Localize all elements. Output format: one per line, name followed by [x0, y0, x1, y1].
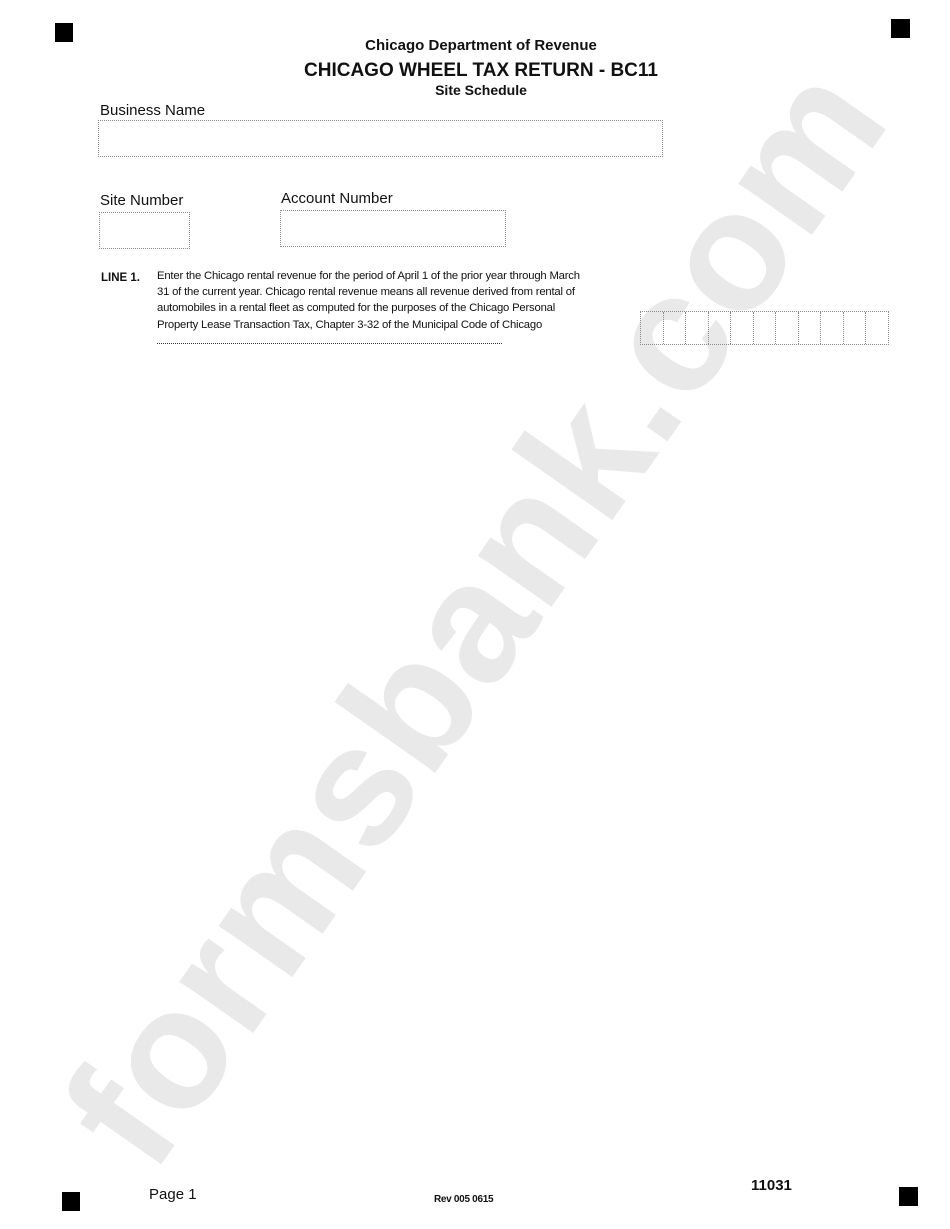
amount-digit-cell[interactable]: [641, 312, 664, 344]
account-number-input[interactable]: [281, 211, 505, 246]
amount-digit-cell[interactable]: [821, 312, 844, 344]
site-number-label: Site Number: [100, 192, 183, 209]
business-name-field[interactable]: [98, 120, 663, 157]
amount-digit-cell[interactable]: [709, 312, 732, 344]
amount-digit-cell[interactable]: [686, 312, 709, 344]
amount-digit-input[interactable]: [866, 312, 888, 344]
registration-mark-bottom-left: [62, 1192, 80, 1211]
line1-amount-field[interactable]: [640, 311, 889, 345]
department-name: Chicago Department of Revenue: [0, 37, 950, 54]
page-number: Page 1: [149, 1186, 197, 1203]
business-name-label: Business Name: [100, 102, 205, 119]
amount-digit-cell[interactable]: [664, 312, 687, 344]
registration-mark-top-right: [891, 19, 910, 38]
form-title: CHICAGO WHEEL TAX RETURN - BC11: [0, 60, 950, 82]
amount-digit-input[interactable]: [776, 312, 798, 344]
form-code: 11031: [751, 1177, 792, 1194]
business-name-input[interactable]: [99, 121, 662, 156]
line1-instructions: Enter the Chicago rental revenue for the…: [157, 268, 592, 349]
amount-digit-cell[interactable]: [799, 312, 822, 344]
amount-digit-input[interactable]: [754, 312, 776, 344]
amount-digit-input[interactable]: [709, 312, 731, 344]
amount-digit-input[interactable]: [641, 312, 663, 344]
leader-dots: [157, 334, 502, 344]
registration-mark-bottom-right: [899, 1187, 918, 1206]
amount-digit-cell[interactable]: [754, 312, 777, 344]
line1-label: LINE 1.: [101, 272, 140, 284]
account-number-field[interactable]: [280, 210, 506, 247]
amount-digit-input[interactable]: [844, 312, 866, 344]
amount-digit-cell[interactable]: [866, 312, 888, 344]
site-number-field[interactable]: [99, 212, 190, 249]
revision-code: Rev 005 0615: [434, 1194, 493, 1205]
site-number-input[interactable]: [100, 213, 189, 248]
amount-digit-input[interactable]: [686, 312, 708, 344]
amount-digit-input[interactable]: [731, 312, 753, 344]
form-subtitle: Site Schedule: [0, 82, 950, 98]
line1-text: Enter the Chicago rental revenue for the…: [157, 270, 580, 331]
amount-digit-cell[interactable]: [776, 312, 799, 344]
amount-digit-input[interactable]: [821, 312, 843, 344]
amount-digit-cell[interactable]: [844, 312, 867, 344]
amount-digit-input[interactable]: [799, 312, 821, 344]
amount-digit-cell[interactable]: [731, 312, 754, 344]
account-number-label: Account Number: [281, 190, 393, 207]
amount-digit-input[interactable]: [664, 312, 686, 344]
